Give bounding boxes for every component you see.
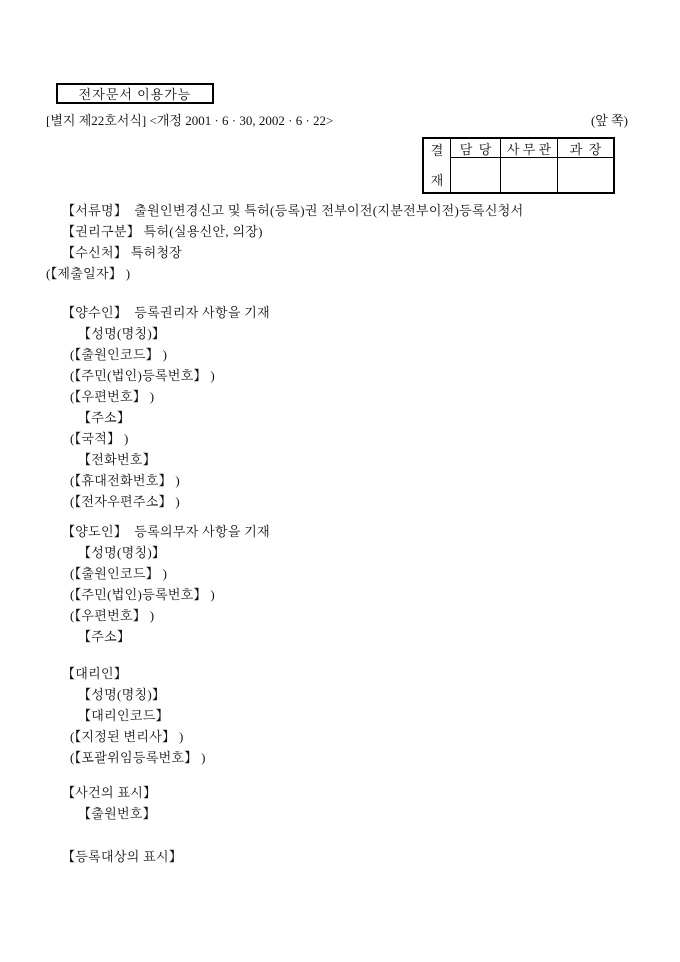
section-assignor-header: 【양도인】 등록의무자 사항을 기재 xyxy=(0,521,680,542)
form-reference-line: [별지 제22호서식] <개정 2001 · 6 · 30, 2002 · 6 … xyxy=(46,110,628,129)
approval-stamp-top-label: 결 xyxy=(431,140,444,159)
approval-cell-staff xyxy=(451,158,501,192)
field-assignee-postal-code: (【우편번호】 ) xyxy=(0,386,680,407)
approval-stamp-bottom-label: 재 xyxy=(431,170,444,189)
field-agent-name: 【성명(명칭)】 xyxy=(0,684,680,705)
section-case-indication-header: 【사건의 표시】 xyxy=(0,782,680,803)
approval-cell-director xyxy=(558,158,613,192)
field-application-number: 【출원번호】 xyxy=(0,803,680,824)
section-registration-target-header: 【등록대상의 표시】 xyxy=(0,846,680,867)
section-assignee-header: 【양수인】 등록권리자 사항을 기재 xyxy=(0,302,680,323)
field-document-name: 【서류명】 출원인변경신고 및 특허(등록)권 전부이전(지분전부이전)등록신청… xyxy=(0,200,680,221)
approval-stamp-cell: 결 재 xyxy=(424,139,451,192)
section-agent-header: 【대리인】 xyxy=(0,663,680,684)
field-assignee-name: 【성명(명칭)】 xyxy=(0,323,680,344)
field-assignor-postal-code: (【우편번호】 ) xyxy=(0,605,680,626)
electronic-document-badge: 전자문서 이용가능 xyxy=(56,83,214,104)
field-assignor-address: 【주소】 xyxy=(0,626,680,647)
field-submission-date: (【제출일자】 ) xyxy=(0,263,680,284)
field-assignee-nationality: (【국적】 ) xyxy=(0,428,680,449)
field-assignee-email-address: (【전자우편주소】 ) xyxy=(0,491,680,512)
field-assignee-mobile-number: (【휴대전화번호】 ) xyxy=(0,470,680,491)
document-body: 【서류명】 출원인변경신고 및 특허(등록)권 전부이전(지분전부이전)등록신청… xyxy=(0,200,680,867)
form-document-page: 전자문서 이용가능 [별지 제22호서식] <개정 2001 · 6 · 30,… xyxy=(0,0,680,962)
field-assignor-name: 【성명(명칭)】 xyxy=(0,542,680,563)
approval-cell-deputy-director xyxy=(501,158,558,192)
form-reference-text: [별지 제22호서식] <개정 2001 · 6 · 30, 2002 · 6 … xyxy=(46,110,333,129)
field-agent-delegation-number: (【포괄위임등록번호】 ) xyxy=(0,747,680,768)
field-assignee-address: 【주소】 xyxy=(0,407,680,428)
field-agent-designated-attorney: (【지정된 변리사】 ) xyxy=(0,726,680,747)
field-rights-category: 【권리구분】 특허(실용신안, 의장) xyxy=(0,221,680,242)
field-assignee-applicant-code: (【출원인코드】 ) xyxy=(0,344,680,365)
approval-table: 결 재 담 당 사 무 관 과 장 xyxy=(422,137,615,194)
field-agent-code: 【대리인코드】 xyxy=(0,705,680,726)
column-header-director: 과 장 xyxy=(558,139,613,158)
column-header-staff: 담 당 xyxy=(451,139,501,158)
page-side-label: (앞 쪽) xyxy=(591,110,628,129)
field-recipient: 【수신처】 특허청장 xyxy=(0,242,680,263)
field-assignee-resident-number: (【주민(법인)등록번호】 ) xyxy=(0,365,680,386)
field-assignor-applicant-code: (【출원인코드】 ) xyxy=(0,563,680,584)
field-assignor-resident-number: (【주민(법인)등록번호】 ) xyxy=(0,584,680,605)
field-assignee-phone-number: 【전화번호】 xyxy=(0,449,680,470)
column-header-deputy-director: 사 무 관 xyxy=(501,139,558,158)
